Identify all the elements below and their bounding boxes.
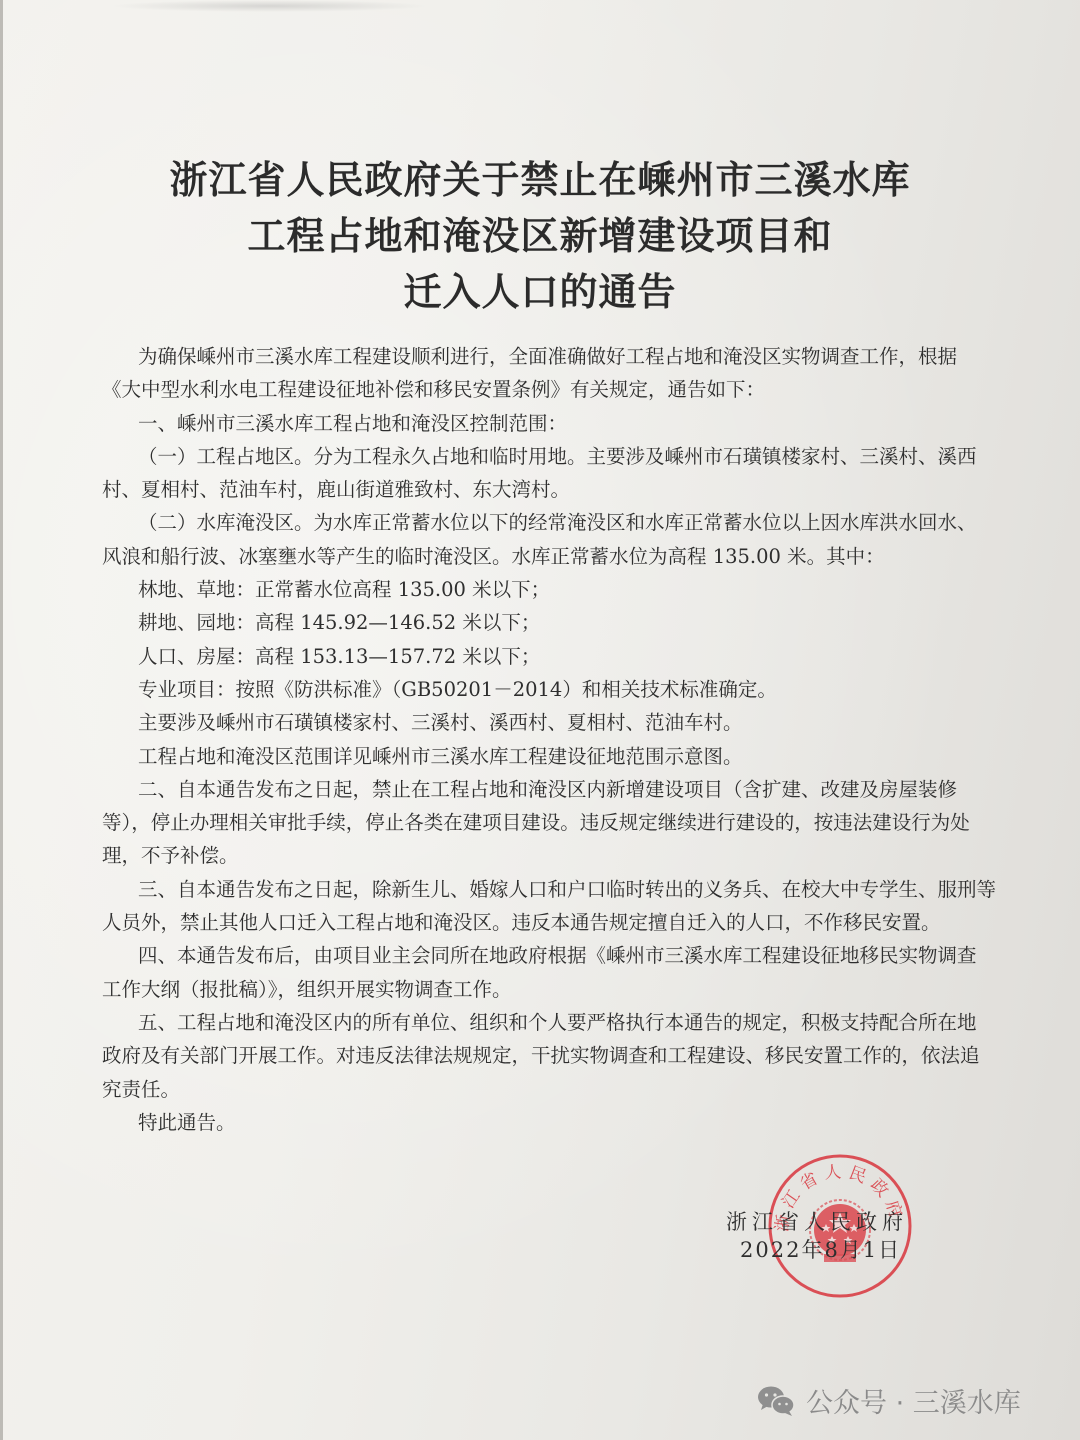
- body-line: 等），停止办理相关审批手续，停止各类在建项目建设。违反规定继续进行建设的，按违法…: [102, 806, 1002, 839]
- watermark-label: 公众号 · 三溪水库: [806, 1381, 1021, 1420]
- notice-title: 浙江省人民政府关于禁止在嵊州市三溪水库 工程占地和淹没区新增建设项目和 迁入人口…: [0, 152, 1080, 320]
- body-line: 究责任。: [102, 1073, 1002, 1106]
- body-line: 为确保嵊州市三溪水库工程建设顺利进行，全面准确做好工程占地和淹没区实物调查工作，…: [102, 340, 1002, 373]
- paper-top-shadow: [110, 0, 430, 12]
- wechat-icon: [756, 1385, 796, 1417]
- body-line: 工作大纲（报批稿）》，组织开展实物调查工作。: [102, 973, 1002, 1006]
- body-line: 主要涉及嵊州市石璜镇楼家村、三溪村、溪西村、夏相村、范油车村。: [102, 706, 1002, 739]
- title-line-1: 浙江省人民政府关于禁止在嵊州市三溪水库: [0, 152, 1080, 208]
- body-line: 人员外，禁止其他人口迁入工程占地和淹没区。违反本通告规定擅自迁入的人口，不作移民…: [102, 906, 1002, 939]
- body-line: 工程占地和淹没区范围详见嵊州市三溪水库工程建设征地范围示意图。: [102, 740, 1002, 773]
- body-line: 政府及有关部门开展工作。对违反法律法规规定，干扰实物调查和工程建设、移民安置工作…: [102, 1039, 1002, 1072]
- body-line: 五、工程占地和淹没区内的所有单位、组织和个人要严格执行本通告的规定，积极支持配合…: [102, 1006, 1002, 1039]
- title-line-3: 迁入人口的通告: [0, 264, 1080, 320]
- notice-body: 为确保嵊州市三溪水库工程建设顺利进行，全面准确做好工程占地和淹没区实物调查工作，…: [102, 340, 1002, 1139]
- body-line: （一）工程占地区。分为工程永久占地和临时用地。主要涉及嵊州市石璜镇楼家村、三溪村…: [102, 440, 1002, 473]
- body-line: 林地、草地：正常蓄水位高程 135.00 米以下；: [102, 573, 1002, 606]
- body-line: （二）水库淹没区。为水库正常蓄水位以下的经常淹没区和水库正常蓄水位以上因水库洪水…: [102, 506, 1002, 539]
- body-line: 专业项目：按照《防洪标准》（GB50201－2014）和相关技术标准确定。: [102, 673, 1002, 706]
- body-line: 特此通告。: [102, 1106, 1002, 1139]
- body-line: 风浪和船行波、冰塞壅水等产生的临时淹没区。水库正常蓄水位为高程 135.00 米…: [102, 540, 1002, 573]
- body-line: 四、本通告发布后，由项目业主会同所在地政府根据《嵊州市三溪水库工程建设征地移民实…: [102, 939, 1002, 972]
- body-line: 耕地、园地：高程 145.92—146.52 米以下；: [102, 606, 1002, 639]
- title-line-2: 工程占地和淹没区新增建设项目和: [0, 208, 1080, 264]
- body-line: 理，不予补偿。: [102, 839, 1002, 872]
- body-line: 村、夏相村、范油车村，鹿山街道雅致村、东大湾村。: [102, 473, 1002, 506]
- body-line: 一、嵊州市三溪水库工程占地和淹没区控制范围：: [102, 407, 1002, 440]
- signing-date: 2022年8月1日: [726, 1236, 966, 1264]
- signing-organization: 浙江省人民政府: [726, 1208, 966, 1236]
- signature-block: 浙江省人民政府 2022年8月1日: [726, 1208, 966, 1264]
- body-line: 二、自本通告发布之日起，禁止在工程占地和淹没区内新增建设项目（含扩建、改建及房屋…: [102, 773, 1002, 806]
- wechat-watermark: 公众号 · 三溪水库: [756, 1381, 1021, 1420]
- body-line: 人口、房屋：高程 153.13—157.72 米以下；: [102, 640, 1002, 673]
- body-line: 《大中型水利水电工程建设征地补偿和移民安置条例》有关规定，通告如下：: [102, 373, 1002, 406]
- body-line: 三、自本通告发布之日起，除新生儿、婚嫁人口和户口临时转出的义务兵、在校大中专学生…: [102, 873, 1002, 906]
